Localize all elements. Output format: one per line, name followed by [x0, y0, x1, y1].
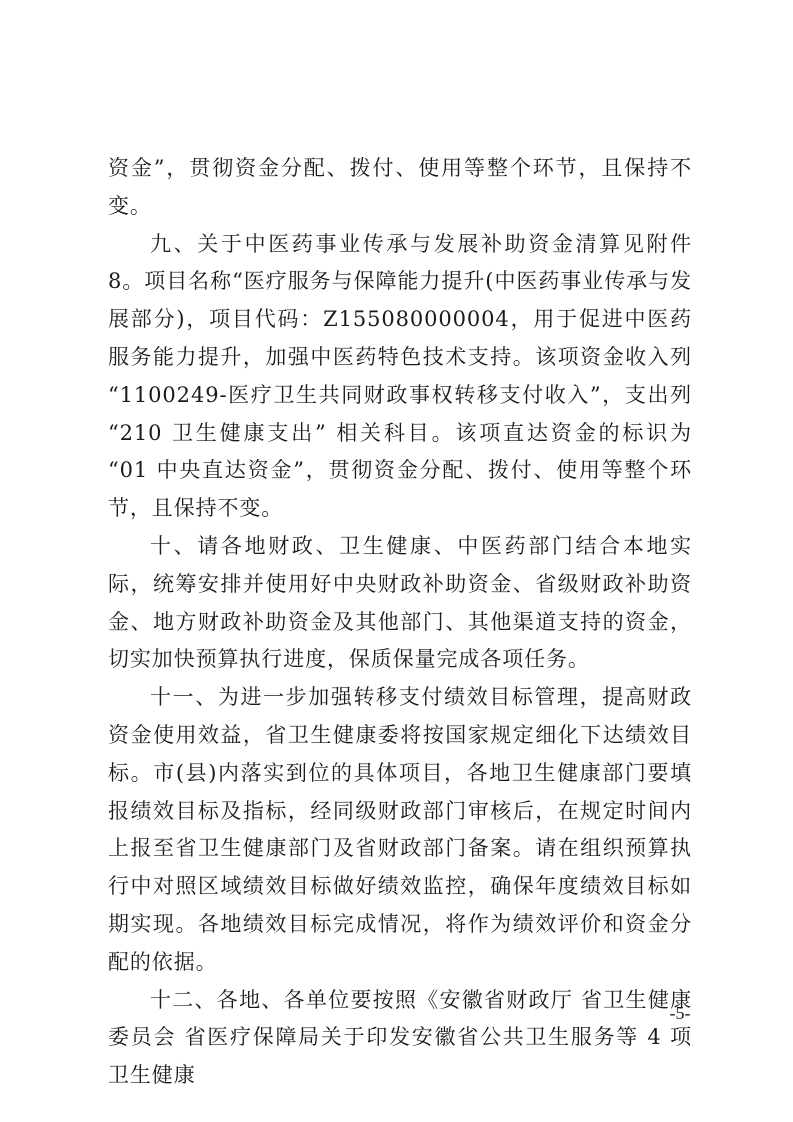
paragraph-item-10: 十、请各地财政、卫生健康、中医药部门结合本地实际，统筹安排并使用好中央财政补助资…: [108, 528, 692, 679]
page-number: -5-: [660, 1003, 700, 1024]
paragraph-item-9: 九、关于中医药事业传承与发展补助资金清算见附件 8。项目名称“医疗服务与保障能力…: [108, 226, 692, 528]
paragraph-item-12: 十二、各地、各单位要按照《安徽省财政厅 省卫生健康委员会 省医疗保障局关于印发安…: [108, 982, 692, 1095]
paragraph-continued: 资金”，贯彻资金分配、拨付、使用等整个环节，且保持不变。: [108, 150, 692, 226]
document-body: 资金”，贯彻资金分配、拨付、使用等整个环节，且保持不变。 九、关于中医药事业传承…: [108, 150, 692, 1095]
paragraph-item-11: 十一、为进一步加强转移支付绩效目标管理，提高财政资金使用效益，省卫生健康委将按国…: [108, 679, 692, 981]
